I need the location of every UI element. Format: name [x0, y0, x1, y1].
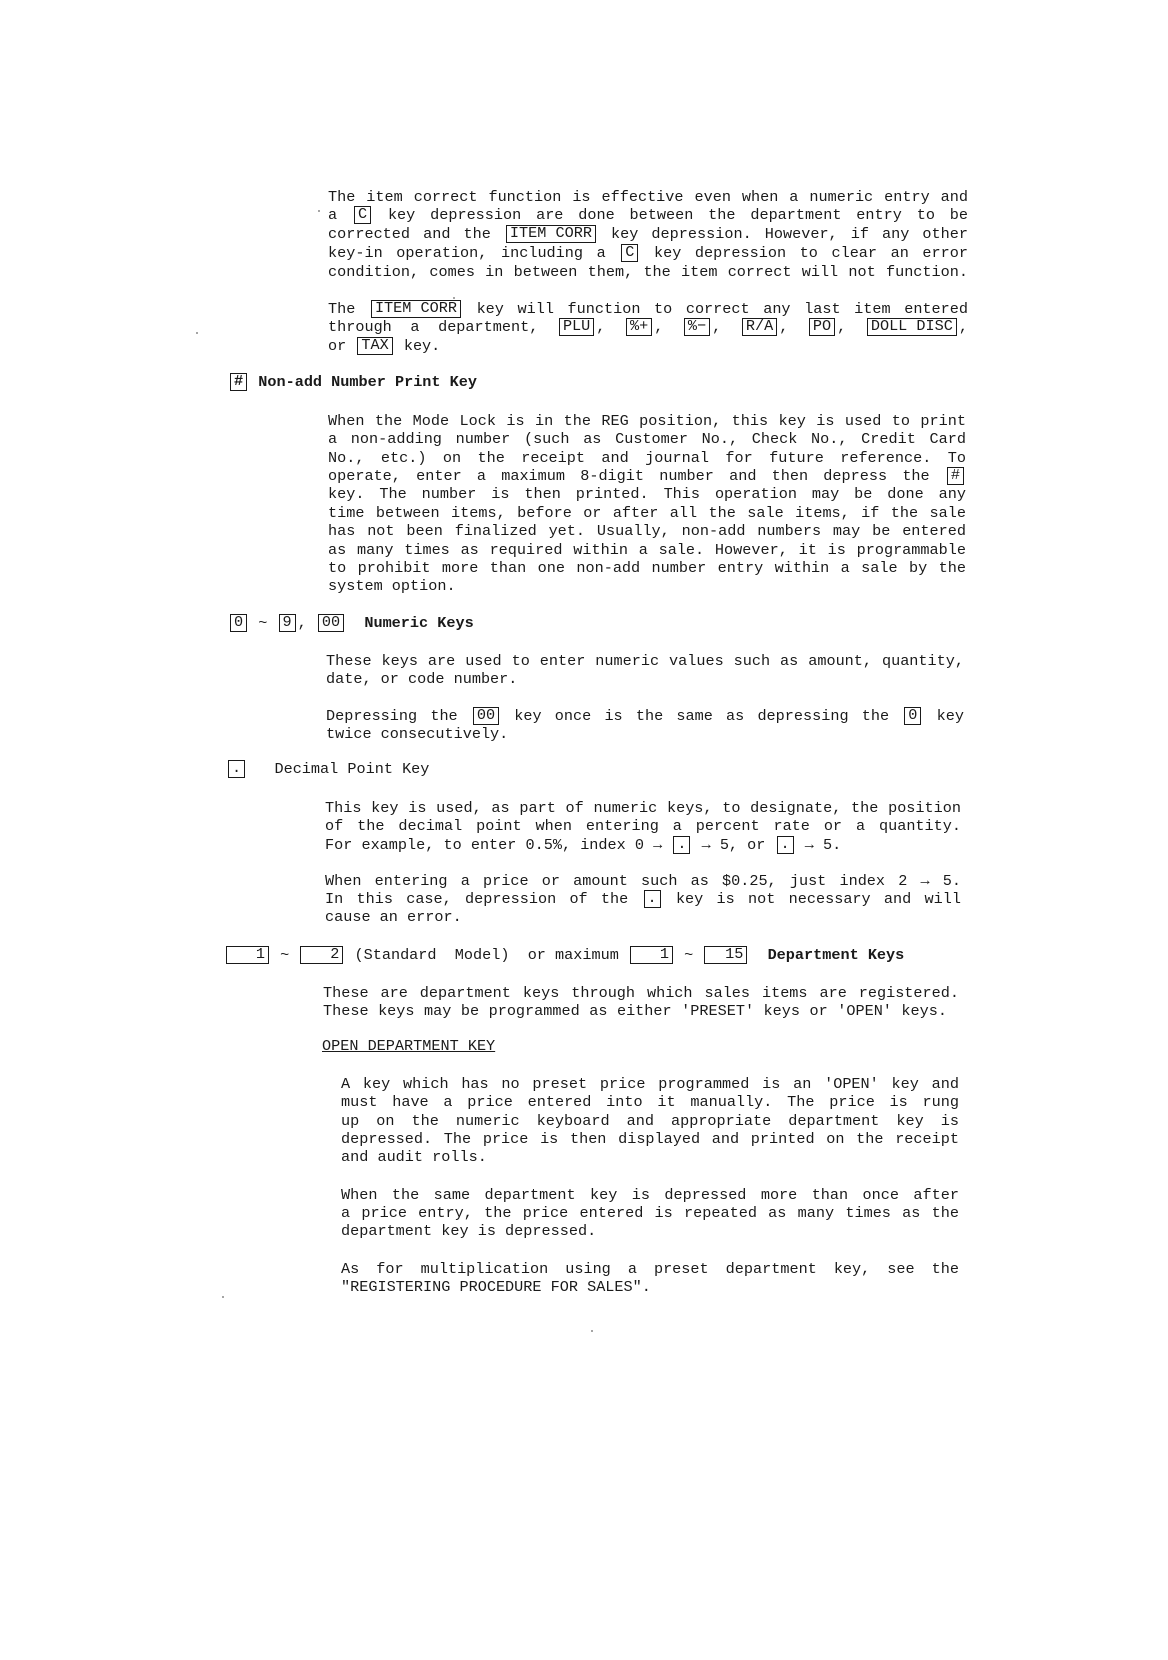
text-line: No., etc.) on the receipt and journal fo… — [328, 449, 966, 468]
key-doll-disc: DOLL DISC — [867, 318, 957, 336]
text-line: up on the numeric keyboard and appropria… — [341, 1112, 959, 1131]
heading-text: Non-add Number Print Key — [258, 373, 477, 391]
text-line: date, or code number. — [326, 670, 517, 689]
text-line: When the same department key is depresse… — [341, 1186, 959, 1205]
text: key-in operation, including a — [328, 244, 606, 262]
text-line: This key is used, as part of numeric key… — [325, 799, 961, 818]
text: corrected and the — [328, 225, 491, 243]
key-tax: TAX — [357, 337, 392, 355]
text: key is not necessary and will — [676, 890, 961, 908]
text-line: system option. — [328, 577, 456, 596]
text-line: A key which has no preset price programm… — [341, 1075, 959, 1094]
text: key. — [404, 337, 440, 355]
text-line: a C key depression are done between the … — [328, 206, 968, 225]
text: In this case, depression of the — [325, 890, 628, 908]
text: , — [298, 614, 307, 632]
key-item-corr: ITEM CORR — [506, 225, 596, 243]
key-dept-15: 15 — [704, 946, 747, 964]
text: (Standard Model) — [355, 946, 510, 964]
text: ~ — [258, 614, 267, 632]
text: ~ — [280, 946, 289, 964]
key-dept-2: 2 — [300, 946, 343, 964]
text-line: as many times as required within a sale.… — [328, 541, 966, 560]
text: ~ — [684, 946, 693, 964]
key-00: 00 — [318, 614, 344, 632]
key-decimal: . — [644, 890, 661, 908]
text: or — [328, 337, 346, 355]
scan-speck — [591, 1330, 593, 1332]
heading-text: Decimal Point Key — [274, 760, 429, 778]
key-dept-1: 1 — [630, 946, 673, 964]
text-line: time between items, before or after all … — [328, 504, 966, 523]
key-dept-1: 1 — [226, 946, 269, 964]
text-line: key-in operation, including a C key depr… — [328, 244, 968, 263]
text-line: to prohibit more than one non-add number… — [328, 559, 966, 578]
key-hash: # — [947, 467, 964, 485]
section-heading: . Decimal Point Key — [228, 760, 429, 779]
text: → 5, or — [702, 836, 766, 854]
scan-speck — [453, 297, 455, 299]
text: The — [328, 300, 355, 318]
text-line: cause an error. — [325, 908, 462, 927]
key-ra: R/A — [742, 318, 777, 336]
sub-heading: OPEN DEPARTMENT KEY — [322, 1037, 495, 1056]
text-line: depressed. The price is then displayed a… — [341, 1130, 959, 1149]
heading-text: Department Keys — [768, 946, 905, 964]
section-heading: # Non-add Number Print Key — [230, 373, 477, 392]
text-line: The item correct function is effective e… — [328, 188, 968, 207]
text-line: As for multiplication using a preset dep… — [341, 1260, 959, 1279]
text: key depression. However, if any other — [611, 225, 968, 243]
text-line: condition, comes in between them, the it… — [328, 263, 968, 282]
text: For example, to enter 0.5%, index 0 → — [325, 836, 662, 854]
text-line: These are department keys through which … — [323, 984, 959, 1003]
key-c: C — [354, 206, 371, 224]
text-line: through a department, PLU, %+, %−, R/A, … — [328, 318, 968, 337]
heading-text: Numeric Keys — [364, 614, 473, 632]
text-line: When entering a price or amount such as … — [325, 872, 961, 891]
key-0: 0 — [904, 707, 921, 725]
text-line: operate, enter a maximum 8-digit number … — [328, 467, 966, 486]
text-line: Depressing the 00 key once is the same a… — [326, 707, 964, 726]
text: operate, enter a maximum 8-digit number … — [328, 467, 930, 485]
text-line: These keys may be programmed as either '… — [323, 1002, 947, 1021]
text: key will function to correct any last it… — [477, 300, 968, 318]
text-line: When the Mode Lock is in the REG positio… — [328, 412, 966, 431]
key-hash: # — [230, 373, 247, 391]
text-line: of the decimal point when entering a per… — [325, 817, 961, 836]
text: → 5. — [805, 836, 841, 854]
text-line: These keys are used to enter numeric val… — [326, 652, 964, 671]
text: key — [937, 707, 964, 725]
text-line: "REGISTERING PROCEDURE FOR SALES". — [341, 1278, 651, 1297]
text-line: department key is depressed. — [341, 1222, 596, 1241]
text: a — [328, 206, 337, 224]
key-c: C — [621, 244, 638, 262]
text-line: twice consecutively. — [326, 725, 508, 744]
text: through a department, — [328, 318, 538, 336]
key-percent-minus: %− — [684, 318, 710, 336]
text-line: For example, to enter 0.5%, index 0 → . … — [325, 836, 841, 855]
key-decimal: . — [673, 836, 690, 854]
key-item-corr: ITEM CORR — [371, 300, 461, 318]
text-line: a non-adding number (such as Customer No… — [328, 430, 966, 449]
section-heading: 1 ~ 2 (Standard Model) or maximum 1 ~ 15… — [226, 946, 904, 965]
text-line: In this case, depression of the . key is… — [325, 890, 961, 909]
text: or maximum — [528, 946, 619, 964]
scan-speck — [196, 332, 198, 334]
text: Depressing the — [326, 707, 458, 725]
text: key once is the same as depressing the — [514, 707, 889, 725]
text-line: and audit rolls. — [341, 1148, 487, 1167]
scan-speck — [222, 1296, 224, 1298]
text: key depression to clear an error — [654, 244, 968, 262]
key-plu: PLU — [559, 318, 594, 336]
text-line: key. The number is then printed. This op… — [328, 485, 966, 504]
text-line: has not been finalized yet. Usually, non… — [328, 522, 966, 541]
key-0: 0 — [230, 614, 247, 632]
key-percent-plus: %+ — [626, 318, 652, 336]
key-9: 9 — [279, 614, 296, 632]
key-po: PO — [809, 318, 835, 336]
section-heading: 0 ~ 9, 00 Numeric Keys — [230, 614, 474, 633]
scan-speck — [318, 210, 320, 212]
text-line: corrected and the ITEM CORR key depressi… — [328, 225, 968, 244]
text: key depression are done between the depa… — [388, 206, 968, 224]
key-decimal: . — [777, 836, 794, 854]
key-decimal: . — [228, 760, 245, 778]
text-line: a price entry, the price entered is repe… — [341, 1204, 959, 1223]
text-line: must have a price entered into it manual… — [341, 1093, 959, 1112]
key-00: 00 — [473, 707, 499, 725]
text-line: or TAX key. — [328, 337, 440, 356]
